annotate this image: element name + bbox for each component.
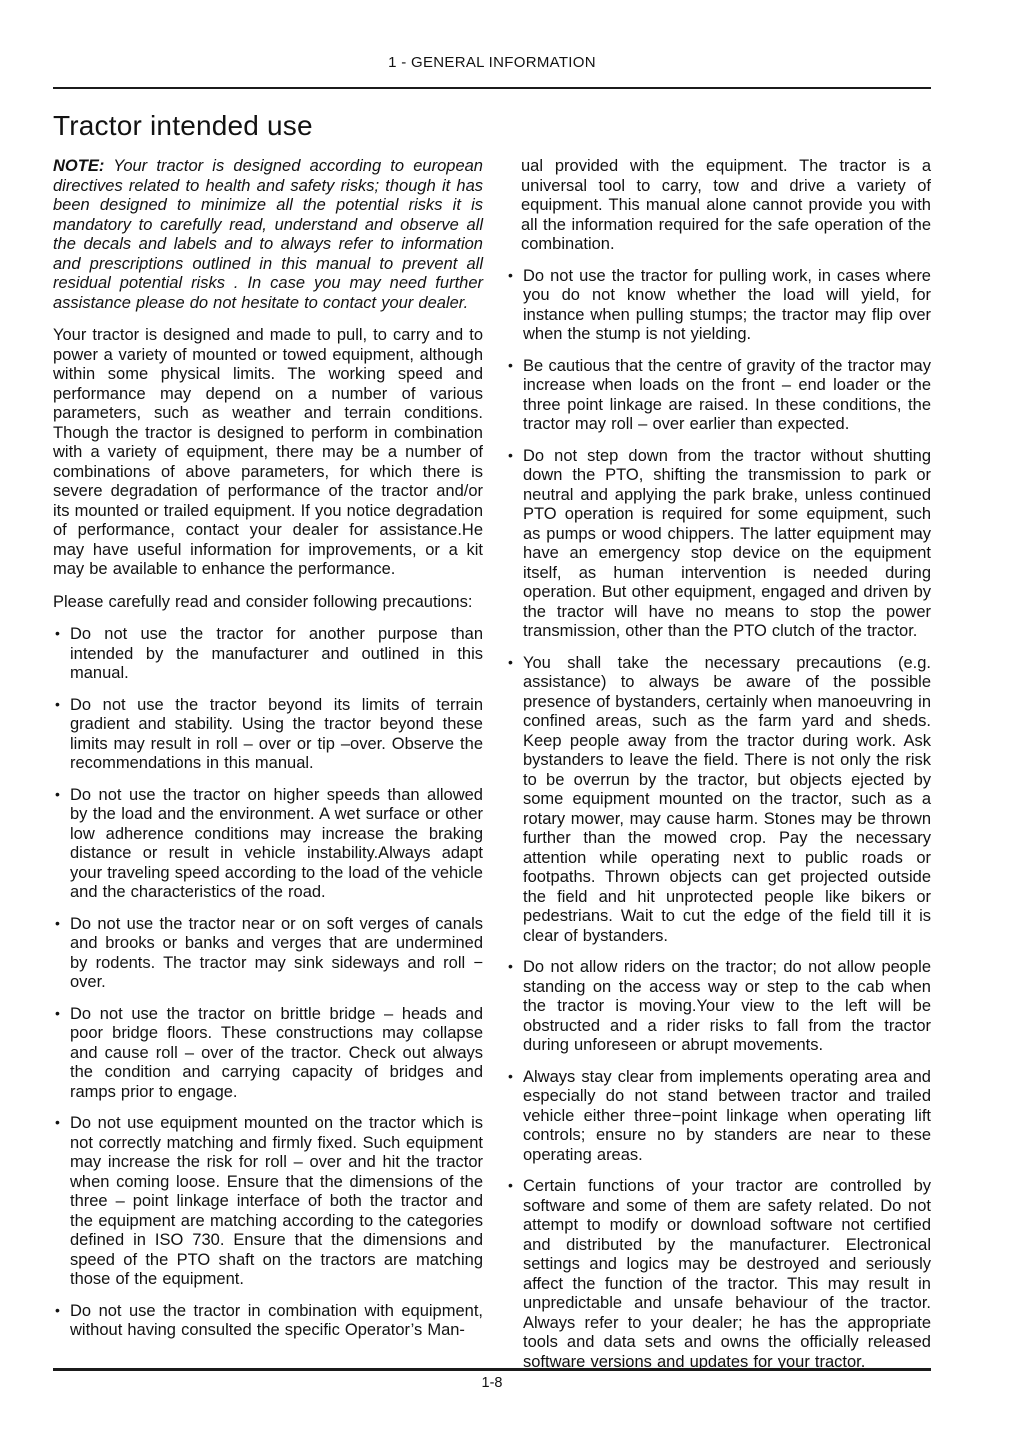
list-item-text: Do not use the tractor near or on soft v… — [70, 915, 483, 992]
list-item-text: Do not use the tractor for pulling work,… — [523, 267, 931, 344]
page-footer: 1-8 — [53, 1368, 931, 1391]
document-page: 1 - GENERAL INFORMATION Tractor intended… — [0, 0, 1024, 1448]
two-column-body: NOTE: Your tractor is designed according… — [53, 157, 931, 1384]
list-item: Do not use the tractor in combination wi… — [53, 1302, 483, 1341]
list-item-text: Do not use the tractor on brittle bridge… — [70, 1005, 483, 1101]
list-item-text: Do not use the tractor in combination wi… — [70, 1302, 483, 1340]
page-header: 1 - GENERAL INFORMATION — [53, 54, 931, 89]
section-header: 1 - GENERAL INFORMATION — [53, 54, 931, 72]
header-rule — [53, 87, 931, 89]
list-item-text: Be cautious that the centre of gravity o… — [523, 357, 931, 434]
footer-rule — [53, 1368, 931, 1371]
list-item: Certain functions of your tractor are co… — [506, 1177, 931, 1372]
list-item: Do not use the tractor on higher speeds … — [53, 786, 483, 903]
list-item: Do not use the tractor on brittle bridge… — [53, 1005, 483, 1103]
note-label: NOTE: — [53, 157, 104, 175]
page-number: 1-8 — [53, 1375, 931, 1391]
page-title: Tractor intended use — [53, 110, 931, 142]
list-item: Do not use equipment mounted on the trac… — [53, 1114, 483, 1290]
right-column: ual provided with the equipment. The tra… — [506, 157, 931, 1384]
precautions-lead-in: Please carefully read and consider follo… — [53, 593, 483, 613]
list-item-text: Do not step down from the tractor withou… — [523, 447, 931, 641]
list-item-text: Do not use the tractor on higher speeds … — [70, 786, 483, 902]
list-item-text: Do not use the tractor for another purpo… — [70, 625, 483, 682]
list-item: Always stay clear from implements operat… — [506, 1068, 931, 1166]
precautions-list-left: Do not use the tractor for another purpo… — [53, 625, 483, 1341]
list-item: Do not use the tractor for another purpo… — [53, 625, 483, 684]
list-item-text: Do not use equipment mounted on the trac… — [70, 1114, 483, 1288]
note-paragraph: NOTE: Your tractor is designed according… — [53, 157, 483, 313]
note-text: Your tractor is designed according to eu… — [53, 157, 483, 312]
list-item: Be cautious that the centre of gravity o… — [506, 357, 931, 435]
list-item: You shall take the necessary precautions… — [506, 654, 931, 947]
list-item-text: Certain functions of your tractor are co… — [523, 1177, 931, 1371]
list-item: Do not use the tractor near or on soft v… — [53, 915, 483, 993]
list-item-text: Do not allow riders on the tractor; do n… — [523, 958, 931, 1054]
bullet-continuation-paragraph: ual provided with the equipment. The tra… — [506, 157, 931, 255]
precautions-list-right: Do not use the tractor for pulling work,… — [506, 267, 931, 1373]
list-item: Do not use the tractor beyond its limits… — [53, 696, 483, 774]
list-item: Do not step down from the tractor withou… — [506, 447, 931, 642]
list-item: Do not allow riders on the tractor; do n… — [506, 958, 931, 1056]
list-item-text: Do not use the tractor beyond its limits… — [70, 696, 483, 773]
list-item-text: You shall take the necessary precautions… — [523, 654, 931, 945]
intro-paragraph: Your tractor is designed and made to pul… — [53, 326, 483, 580]
left-column: NOTE: Your tractor is designed according… — [53, 157, 483, 1353]
list-item: Do not use the tractor for pulling work,… — [506, 267, 931, 345]
list-item-text: Always stay clear from implements operat… — [523, 1068, 931, 1164]
